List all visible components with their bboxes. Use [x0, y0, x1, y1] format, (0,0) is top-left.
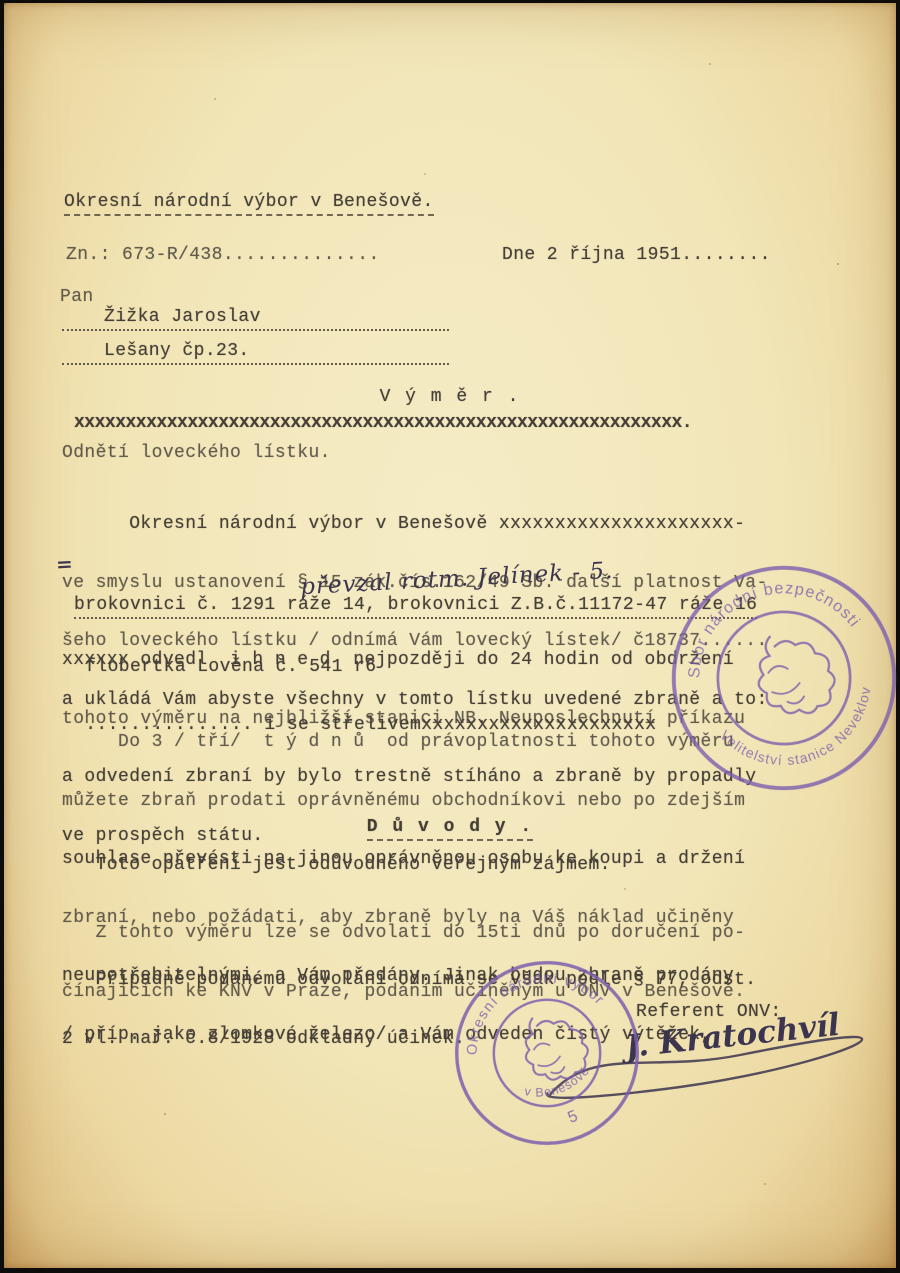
paragraph-3-line: Do 3 / tří/ t ý d n ů od právoplatnosti …: [62, 733, 745, 753]
onv-stamp-bottom-text: v Benešově.: [519, 1058, 599, 1109]
addressee-address-line: Lešany čp.23.: [62, 342, 407, 365]
document-date: Dne 2 října 1951........: [502, 246, 771, 266]
reasons-paragraph-1: Toto opatření jest odůvodněno veřejným z…: [62, 856, 611, 876]
addressee-address: Lešany čp.23.: [62, 342, 449, 365]
decree-subject: Odnětí loveckého lístku.: [62, 444, 331, 464]
paragraph-1-line: Okresní národní výbor v Benešově xxxxxxx…: [62, 515, 768, 535]
handwritten-margin-mark: =: [55, 552, 73, 577]
issuing-office-text: Okresní národní výbor v Benešově.: [64, 192, 434, 216]
scanned-document: Okresní národní výbor v Benešově. Zn.: 6…: [0, 0, 900, 1273]
issuing-office: Okresní národní výbor v Benešově.: [64, 193, 434, 213]
decree-title: V ý m ě r .: [0, 388, 900, 408]
snb-stamp-bottom-text: Velitelství stanice Neveklov: [715, 680, 890, 789]
svg-text:v Benešově.: v Benešově.: [519, 1058, 599, 1109]
onv-stamp-number: 5: [565, 1107, 580, 1127]
reasons-heading: D ů v o d y .: [0, 818, 900, 838]
paper-specks: [4, 3, 6, 5]
svg-text:Velitelství stanice Neveklov: Velitelství stanice Neveklov: [715, 680, 890, 789]
reasons-paragraph-3-line: Případně podanému odvolání odnímá se vša…: [62, 971, 757, 991]
reasons-heading-text: D ů v o d y .: [367, 817, 533, 841]
paragraph-3-line: můžete zbraň prodati oprávněnému obchodn…: [62, 792, 745, 812]
addressee-name-line: Žižka Jaroslav: [62, 308, 407, 331]
paragraph-2-line: xxxxxx odvedl i h n e d nejpozději do 24…: [62, 651, 757, 671]
struck-out-heading: xxxxxxxxxxxxxxxxxxxxxxxxxxxxxxxxxxxxxxxx…: [74, 414, 692, 434]
reference-number: Zn.: 673-R/438..............: [66, 246, 380, 266]
salutation: Pan: [60, 288, 94, 308]
addressee-name: Žižka Jaroslav: [62, 308, 449, 331]
